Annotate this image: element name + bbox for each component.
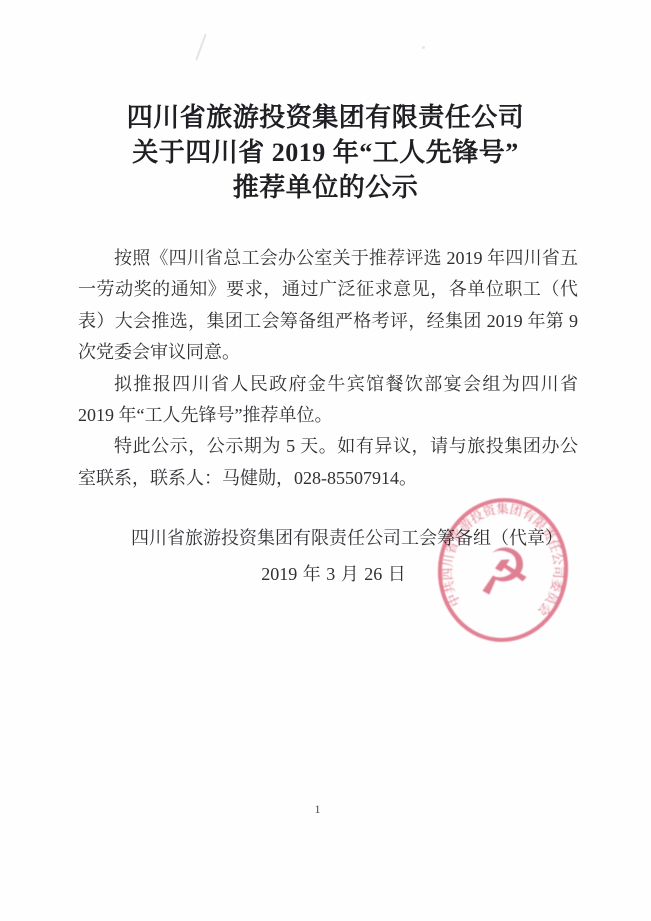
paragraph-1-line-3: 表）大会推选，集团工会筹备组严格考评，经集团 2019 年第 9 (78, 306, 578, 337)
seal-graphic: 中共四川省旅游投资集团有限责任公司委员会 ☭ (425, 486, 580, 654)
paragraph-2-line-2: 2019 年“工人先锋号”推荐单位。 (78, 400, 578, 431)
party-committee-seal-stamp: 中共四川省旅游投资集团有限责任公司委员会 ☭ (425, 486, 580, 654)
paragraph-3-line-1: 特此公示，公示期为 5 天。如有异议，请与旅投集团办公 (78, 431, 578, 462)
scan-speck-artifact (422, 46, 425, 49)
hammer-and-sickle-icon: ☭ (472, 532, 535, 610)
scanned-document-page: 四川省旅游投资集团有限责任公司 关于四川省 2019 年“工人先锋号” 推荐单位… (0, 0, 651, 921)
title-line-1: 四川省旅游投资集团有限责任公司 (0, 100, 651, 135)
scan-smudge-artifact (195, 34, 206, 61)
title-line-3: 推荐单位的公示 (0, 170, 651, 205)
page-number: 1 (0, 802, 643, 817)
paragraph-1-line-4: 次党委会审议同意。 (78, 337, 578, 368)
paragraph-1-line-1: 按照《四川省总工会办公室关于推荐评选 2019 年四川省五 (78, 243, 578, 274)
document-body: 按照《四川省总工会办公室关于推荐评选 2019 年四川省五 一劳动奖的通知》要求… (78, 243, 578, 494)
paragraph-1-line-2: 一劳动奖的通知》要求，通过广泛征求意见，各单位职工（代 (78, 274, 578, 305)
paragraph-3-line-2: 室联系，联系人：马健勋，028-85507914。 (78, 463, 578, 494)
paragraph-2-line-1: 拟推报四川省人民政府金牛宾馆餐饮部宴会组为四川省 (78, 369, 578, 400)
document-title: 四川省旅游投资集团有限责任公司 关于四川省 2019 年“工人先锋号” 推荐单位… (0, 100, 651, 205)
title-line-2: 关于四川省 2019 年“工人先锋号” (0, 135, 651, 170)
